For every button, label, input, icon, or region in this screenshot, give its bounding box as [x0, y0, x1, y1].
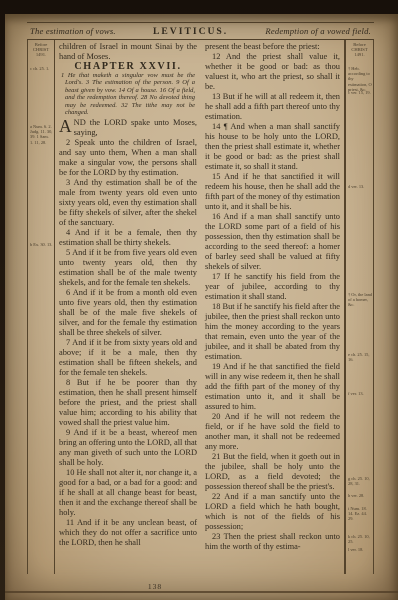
- margin-note: a Num. 6. 2. Judg. 11. 30, 39. 1 Sam. 1.…: [30, 124, 53, 145]
- page-frame: The estimation of vows. LEVITICUS. Redem…: [27, 22, 374, 574]
- verse-6: 6 And if it be from a month old even unt…: [59, 288, 197, 338]
- verse-3: 3 And thy estimation shall be of the mal…: [59, 178, 197, 228]
- before-christ-date-left: Before CHRIST 1491.: [29, 42, 53, 58]
- verse-10: 10 He shall not alter it, nor change it,…: [59, 468, 197, 518]
- chapter-summary: 1 He that maketh a singular vow must be …: [59, 72, 197, 118]
- right-margin-notes: Before CHRIST 1491. † Heb. according to …: [345, 40, 374, 574]
- verse-19: 19 And if he that sanctified the field w…: [205, 362, 340, 412]
- margin-note: b Ex. 30. 13.: [30, 242, 53, 247]
- margin-note: d ver. 13.: [348, 184, 372, 189]
- verse-7: 7 And if it be from sixty years old and …: [59, 338, 197, 378]
- page-number: 138: [105, 582, 205, 591]
- verse-11-continuation: present the beast before the priest:: [205, 42, 340, 52]
- margin-note: l ver. 18.: [348, 547, 372, 552]
- running-head: The estimation of vows. LEVITICUS. Redem…: [27, 24, 374, 39]
- page-bottom-edge: [5, 591, 398, 593]
- margin-note: i Num. 18. 14. Ez. 44. 29.: [348, 506, 372, 522]
- verse-11: 11 And if it be any unclean beast, of wh…: [59, 518, 197, 548]
- verse-1: AND the LORD spake unto Moses, saying,: [59, 118, 197, 138]
- verse-20: 20 And if he will not redeem the field, …: [205, 412, 340, 452]
- verse-4: 4 And if it be a female, then thy estima…: [59, 228, 197, 248]
- margin-note: h ver. 28.: [348, 493, 372, 498]
- left-text-column: children of Israel in mount Sinai by the…: [55, 40, 201, 574]
- margin-note: † Or, the land of a homer, &c.: [348, 292, 372, 308]
- verse-23: 23 Then the priest shall reckon unto him…: [205, 532, 340, 552]
- verse-13: 13 But if he will at all redeem it, then…: [205, 92, 340, 122]
- margin-note: g ch. 25. 10, 28, 31.: [348, 476, 372, 486]
- verse-1-text: ND the LORD spake unto Moses, saying,: [74, 118, 197, 137]
- margin-note: c ch. 25. 1.: [30, 66, 53, 71]
- margin-note: c ver. 15, 19.: [348, 90, 372, 95]
- verse-12: 12 And the priest shall value it, whethe…: [205, 52, 340, 92]
- top-rule: [27, 22, 374, 23]
- verse-22: 22 And if a man sanctify unto the LORD a…: [205, 492, 340, 532]
- verse-2: 2 Speak unto the children of Israel, and…: [59, 138, 197, 178]
- left-margin-notes: Before CHRIST 1491. c ch. 25. 1. a Num. …: [27, 40, 55, 574]
- book-title: LEVITICUS.: [153, 26, 228, 37]
- running-head-right: Redemption of a vowed field.: [265, 26, 371, 36]
- before-christ-date-right: Before CHRIST 1491.: [347, 42, 372, 58]
- verse-15: 15 And if he that sanctified it will red…: [205, 172, 340, 212]
- margin-note: e ch. 25. 15, 16.: [348, 352, 372, 362]
- drop-cap: A: [59, 118, 74, 134]
- chapter-26-continuation: children of Israel in mount Sinai by the…: [59, 42, 197, 62]
- verse-14: 14 ¶ And when a man shall sanctify his h…: [205, 122, 340, 172]
- verse-9: 9 And if it be a beast, whereof men brin…: [59, 428, 197, 468]
- right-text-column: present the beast before the priest: 12 …: [201, 40, 345, 574]
- margin-note: k ch. 25. 10, 25.: [348, 534, 372, 544]
- verse-21: 21 But the field, when it goeth out in t…: [205, 452, 340, 492]
- margin-note: f ver. 13.: [348, 391, 372, 396]
- running-head-left: The estimation of vows.: [30, 26, 116, 36]
- verse-18: 18 But if he sanctify his field after th…: [205, 302, 340, 362]
- verse-16: 16 And if a man shall sanctify unto the …: [205, 212, 340, 272]
- text-columns: Before CHRIST 1491. c ch. 25. 1. a Num. …: [27, 40, 374, 574]
- chapter-heading: CHAPTER XXVII.: [59, 62, 197, 72]
- verse-8: 8 But if he be poorer than thy estimatio…: [59, 378, 197, 428]
- margin-note: † Heb. according to thy estimation, O pr…: [348, 66, 372, 92]
- verse-5: 5 And if it be from five years old even …: [59, 248, 197, 288]
- verse-17: 17 If he sanctify his field from the yea…: [205, 272, 340, 302]
- bible-page-scan: The estimation of vows. LEVITICUS. Redem…: [5, 14, 398, 600]
